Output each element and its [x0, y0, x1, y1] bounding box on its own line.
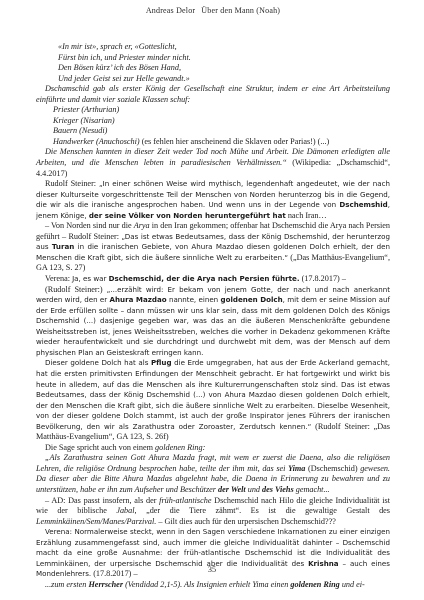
text-segment: Fürst bin ich, und Priester minder nicht… [58, 53, 191, 62]
text-segment: Dschamschid gab als erster König der Ges… [36, 84, 390, 104]
text-segment: Herrscher [88, 580, 123, 589]
text-segment: Dieser goldene Dolch hat als [45, 358, 151, 367]
text-segment: (Vendidad 2,1-5). Als Insignien erhielt … [123, 580, 290, 589]
text-segment: (17.8.2017) – [300, 274, 346, 283]
text-segment: die Erde umgegraben, hat aus der Erde Ac… [36, 358, 390, 430]
page-number: 35 [0, 565, 424, 574]
text-segment: Verena: [45, 274, 72, 283]
text-segment: und [246, 485, 262, 494]
text-segment: Dschemshid [339, 200, 387, 209]
paragraph: ...zum ersten Herrscher (Vendidad 2,1-5)… [36, 580, 390, 591]
paragraph: (Rudolf Steiner:) „...erzählt wird: Er b… [36, 285, 390, 359]
paragraph: Rudolf Steiner: „In einer schönen Weise … [36, 179, 390, 221]
text-segment: Die Sage spricht auch von einem [45, 443, 155, 452]
paragraph: – Von Norden sind nur die Arya in den Ir… [36, 221, 390, 274]
text-segment: goldenen Ring: [155, 443, 205, 452]
text-segment: – AD: Das passt insofern, als der [45, 496, 159, 505]
paragraph: Verena: Ja, es war Dschemschid, der die … [36, 274, 390, 285]
text-segment: (es fehlen hier anscheinend die Sklaven … [140, 137, 330, 146]
text-segment: der Welt [218, 485, 246, 494]
text-segment: ...zum ersten [45, 580, 88, 589]
text-segment: Priester (Arthurian) [53, 105, 119, 114]
text-segment: Ahura Mazdao [110, 295, 167, 304]
text-segment: – Von Norden sind nur die [45, 221, 134, 230]
text-segment: (Rudolf Steiner:) [45, 285, 107, 294]
text-segment: früh-atlantische [159, 496, 211, 505]
text-segment: nach Iran… [286, 211, 327, 220]
poem-line: «In mir ist», sprach er, «Gotteslicht, [58, 42, 390, 53]
text-segment: Bauern (Nesudi) [53, 126, 107, 135]
text-segment: Krieger (Nisarian) [53, 116, 115, 125]
text-segment: , „der die Tiere zähmt“. Es ist die gewa… [135, 506, 390, 515]
poem-line: Fürst bin ich, und Priester minder nicht… [58, 53, 390, 64]
paragraph: Dieser goldene Dolch hat als Pflug die E… [36, 358, 390, 442]
text-segment: Lemminkäinen/Sem/Manes/Parzival. [36, 517, 156, 526]
text-segment: gemacht... [294, 485, 330, 494]
text-segment: Handwerker (Anuchoschi) [53, 137, 140, 146]
text-segment: goldenen Ring [290, 580, 339, 589]
text-segment: Ja, es war [72, 274, 109, 283]
text-segment: – Gilt dies auch für den urpersischen Ds… [156, 517, 336, 526]
text-segment: Dschemschid, der die Arya nach Persien f… [109, 274, 300, 283]
text-segment: «In mir ist», sprach er, «Gotteslicht, [58, 42, 177, 51]
text-segment: Den Bösen kürz’ ich des Bösen Hand, [58, 63, 181, 72]
paragraph: Die Menschen kannten in dieser Zeit wede… [36, 147, 390, 179]
paragraph: Dschamschid gab als erster König der Ges… [36, 84, 390, 105]
header-author: Andreas Delor [146, 6, 195, 15]
text-segment: Arya [134, 221, 150, 230]
list-item: Bauern (Nesudi) [53, 126, 390, 137]
list-item: Handwerker (Anuchoschi) (es fehlen hier … [53, 137, 390, 148]
text-segment: Yima [288, 464, 305, 473]
document-page: Andreas DelorÜber den Mann (Noah) «In mi… [0, 0, 424, 600]
poem-line: Und jeder Geist sei zur Helle gewandt.» [58, 74, 390, 85]
list-item: Priester (Arthurian) [53, 105, 390, 116]
text-column: «In mir ist», sprach er, «Gotteslicht,Fü… [36, 42, 390, 590]
list-item: Krieger (Nisarian) [53, 116, 390, 127]
text-segment: goldenen Dolch [221, 295, 283, 304]
text-segment: nannte, einen [167, 295, 221, 304]
running-header: Andreas DelorÜber den Mann (Noah) [36, 6, 390, 15]
text-segment: Pflug [151, 358, 172, 367]
text-segment: Rudolf Steiner: [45, 179, 99, 188]
text-segment: des Viehs [262, 485, 294, 494]
header-title: Über den Mann (Noah) [201, 6, 280, 15]
poem-line: Den Bösen kürz’ ich des Bösen Hand, [58, 63, 390, 74]
paragraph: Die Sage spricht auch von einem goldenen… [36, 443, 390, 454]
text-segment: Turan [52, 242, 74, 251]
paragraph: – AD: Das passt insofern, als der früh-a… [36, 496, 390, 528]
text-segment: und ei- [340, 580, 365, 589]
text-segment: der seine Völker von Norden heruntergefü… [89, 211, 286, 220]
paragraph: „Als Zarathustra seinen Gott Ahura Mazda… [36, 453, 390, 495]
text-segment: (Dschemschid) [305, 464, 360, 473]
text-segment: , mit dem er seine Mission auf der Erde … [36, 295, 390, 357]
text-segment: Und jeder Geist sei zur Helle gewandt.» [58, 74, 190, 83]
text-segment: Jabal [116, 506, 134, 515]
